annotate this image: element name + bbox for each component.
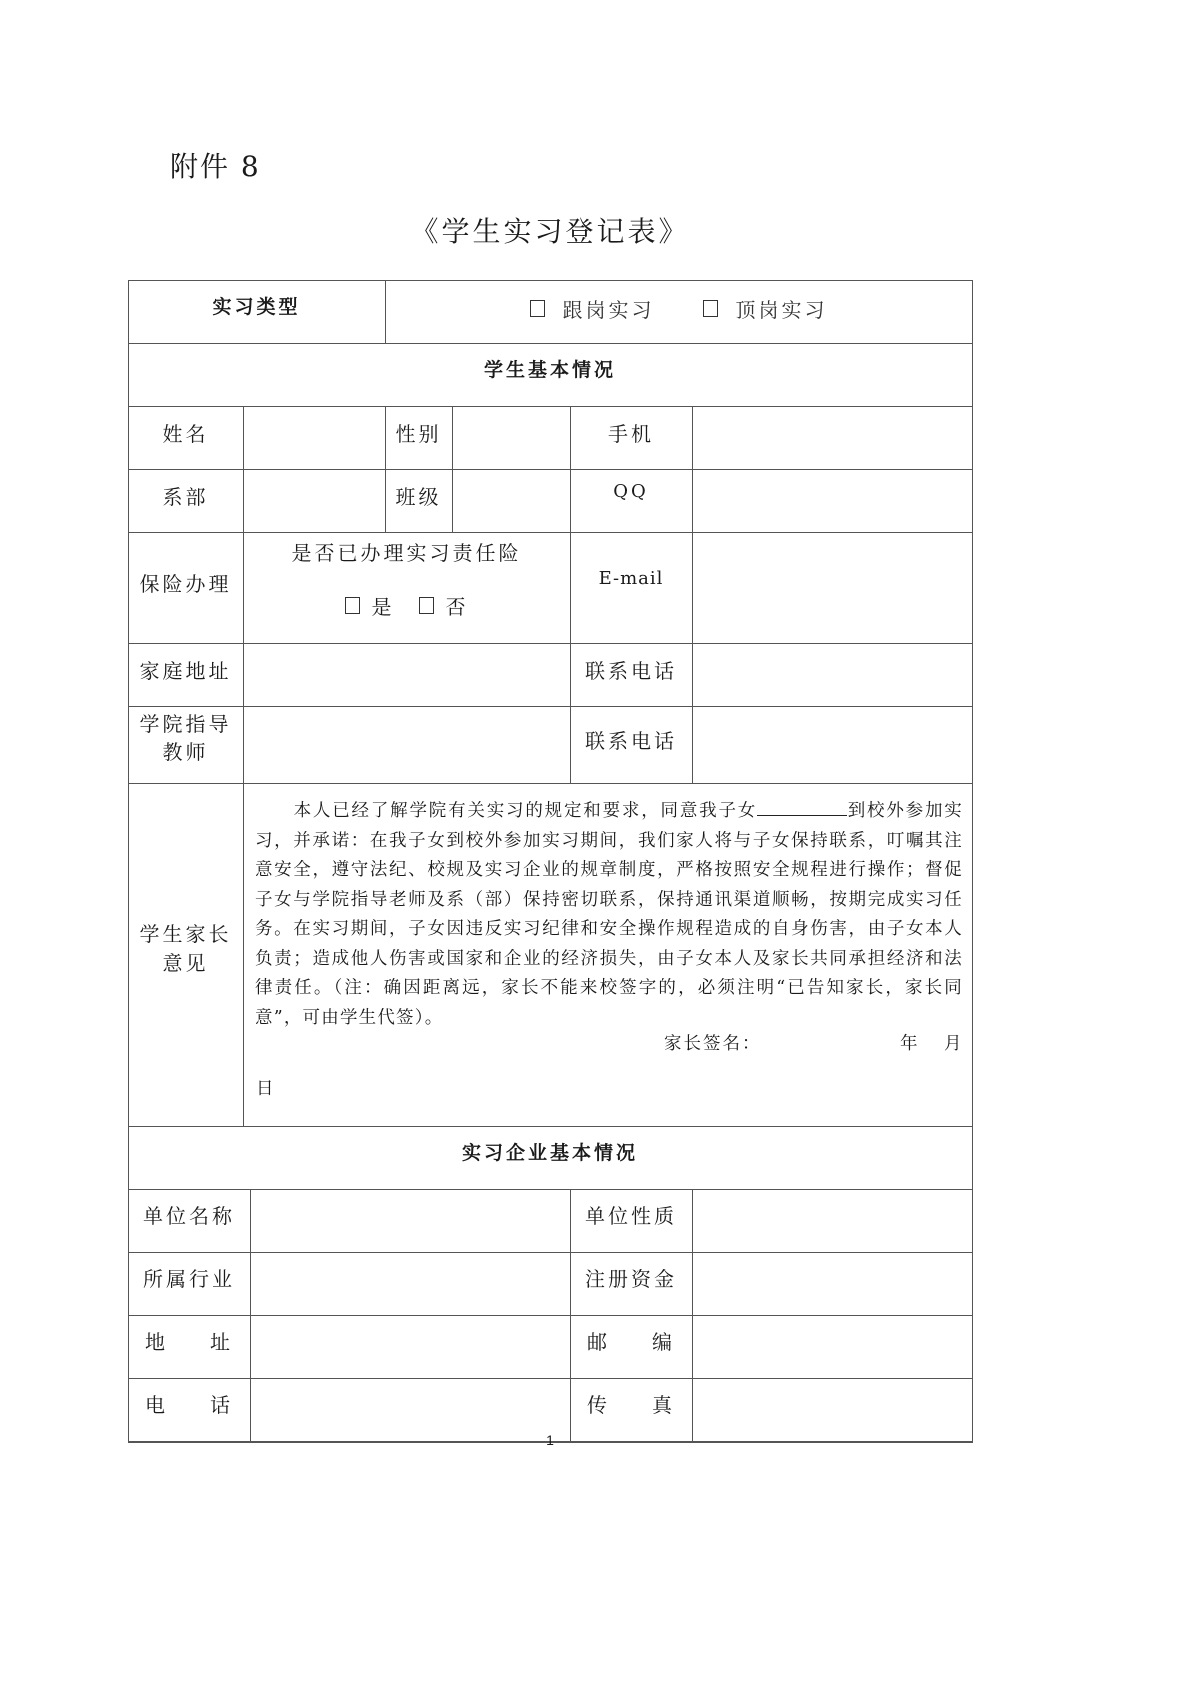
phone-label: 电话 bbox=[128, 1389, 250, 1418]
parent-signature-field[interactable] bbox=[750, 1026, 890, 1054]
option-label: 否 bbox=[446, 591, 469, 620]
contact-phone-field[interactable] bbox=[692, 643, 972, 706]
gender-label: 性别 bbox=[385, 418, 452, 447]
company-section-header: 实习企业基本情况 bbox=[128, 1138, 972, 1165]
parent-signature-label: 家长签名： bbox=[664, 1030, 762, 1055]
option-full-post[interactable]: 顶岗实习 bbox=[703, 294, 828, 323]
department-field[interactable] bbox=[243, 469, 385, 532]
label-char: 编 bbox=[652, 1326, 675, 1355]
address-label: 地址 bbox=[128, 1326, 250, 1355]
internship-type-options: 跟岗实习 顶岗实习 bbox=[385, 294, 972, 323]
label-char: 传 bbox=[587, 1389, 610, 1418]
address-field[interactable] bbox=[250, 1315, 570, 1378]
label-char: 址 bbox=[210, 1326, 233, 1355]
day-label: 日 bbox=[256, 1075, 274, 1100]
row-divider bbox=[128, 1126, 973, 1127]
checkbox-icon[interactable] bbox=[530, 300, 545, 317]
label-char: 真 bbox=[652, 1389, 675, 1418]
parent-statement: 本人已经了解学院有关实习的规定和要求，同意我子女到校外参加实习，并承诺：在我子女… bbox=[255, 797, 963, 1033]
email-field[interactable] bbox=[692, 532, 972, 643]
checkbox-icon[interactable] bbox=[703, 300, 718, 317]
class-field[interactable] bbox=[452, 469, 570, 532]
option-yes[interactable]: 是 bbox=[345, 591, 395, 620]
industry-label: 所属行业 bbox=[128, 1263, 250, 1292]
table-border-right bbox=[972, 280, 973, 1442]
advisor-label-line1: 学院指导 bbox=[140, 710, 232, 738]
row-divider bbox=[128, 343, 973, 344]
parent-statement-text: 到校外参加实习，并承诺：在我子女到校外参加实习期间，我们家人将与子女保持联系，叮… bbox=[255, 801, 963, 1028]
internship-type-label: 实习类型 bbox=[128, 292, 385, 319]
qq-field[interactable] bbox=[692, 469, 972, 532]
student-section-header: 学生基本情况 bbox=[128, 355, 972, 382]
option-no[interactable]: 否 bbox=[419, 591, 469, 620]
insurance-question: 是否已办理实习责任险 bbox=[243, 537, 570, 566]
mobile-field[interactable] bbox=[692, 406, 972, 469]
mobile-label: 手机 bbox=[570, 418, 692, 447]
unit-name-field[interactable] bbox=[250, 1189, 570, 1252]
parent-statement-text: 本人已经了解学院有关实习的规定和要求，同意我子女 bbox=[293, 801, 757, 821]
fax-label: 传真 bbox=[570, 1389, 692, 1418]
unit-name-label: 单位名称 bbox=[128, 1200, 250, 1229]
name-field[interactable] bbox=[243, 406, 385, 469]
option-shadowing[interactable]: 跟岗实习 bbox=[530, 294, 655, 323]
page-number: 1 bbox=[0, 1432, 1100, 1448]
advisor-phone-label: 联系电话 bbox=[570, 725, 692, 754]
parent-opinion-label-line2: 意见 bbox=[163, 949, 209, 978]
advisor-label-line2: 教师 bbox=[163, 738, 209, 766]
advisor-field[interactable] bbox=[243, 706, 570, 783]
postcode-field[interactable] bbox=[692, 1315, 972, 1378]
email-label: E-mail bbox=[570, 568, 692, 589]
option-label: 跟岗实习 bbox=[563, 294, 655, 323]
label-char: 地 bbox=[145, 1326, 168, 1355]
label-char: 话 bbox=[210, 1389, 233, 1418]
attachment-label: 附件 8 bbox=[170, 145, 261, 185]
year-label: 年 bbox=[900, 1030, 918, 1055]
label-char: 邮 bbox=[587, 1326, 610, 1355]
department-label: 系部 bbox=[128, 481, 243, 510]
insurance-options: 是 否 bbox=[243, 591, 570, 620]
insurance-label: 保险办理 bbox=[128, 568, 243, 597]
contact-phone-label: 联系电话 bbox=[570, 655, 692, 684]
registered-capital-field[interactable] bbox=[692, 1252, 972, 1315]
qq-label: QQ bbox=[570, 481, 692, 502]
option-label: 是 bbox=[372, 591, 395, 620]
home-address-label: 家庭地址 bbox=[128, 655, 243, 684]
gender-field[interactable] bbox=[452, 406, 570, 469]
month-label: 月 bbox=[944, 1030, 962, 1055]
checkbox-icon[interactable] bbox=[345, 597, 360, 614]
name-label: 姓名 bbox=[128, 418, 243, 447]
class-label: 班级 bbox=[385, 481, 452, 510]
postcode-label: 邮编 bbox=[570, 1326, 692, 1355]
page-title: 《学生实习登记表》 bbox=[0, 210, 1100, 250]
home-address-field[interactable] bbox=[243, 643, 570, 706]
registered-capital-label: 注册资金 bbox=[570, 1263, 692, 1292]
table-border-top bbox=[128, 280, 973, 281]
child-name-blank[interactable] bbox=[757, 797, 847, 816]
checkbox-icon[interactable] bbox=[419, 597, 434, 614]
row-divider bbox=[128, 783, 973, 784]
option-label: 顶岗实习 bbox=[736, 294, 828, 323]
label-char: 电 bbox=[145, 1389, 168, 1418]
parent-opinion-label-line1: 学生家长 bbox=[140, 920, 232, 949]
advisor-label: 学院指导 教师 bbox=[128, 710, 243, 766]
parent-opinion-label: 学生家长 意见 bbox=[128, 920, 243, 978]
industry-field[interactable] bbox=[250, 1252, 570, 1315]
unit-nature-label: 单位性质 bbox=[570, 1200, 692, 1229]
advisor-phone-field[interactable] bbox=[692, 706, 972, 783]
unit-nature-field[interactable] bbox=[692, 1189, 972, 1252]
